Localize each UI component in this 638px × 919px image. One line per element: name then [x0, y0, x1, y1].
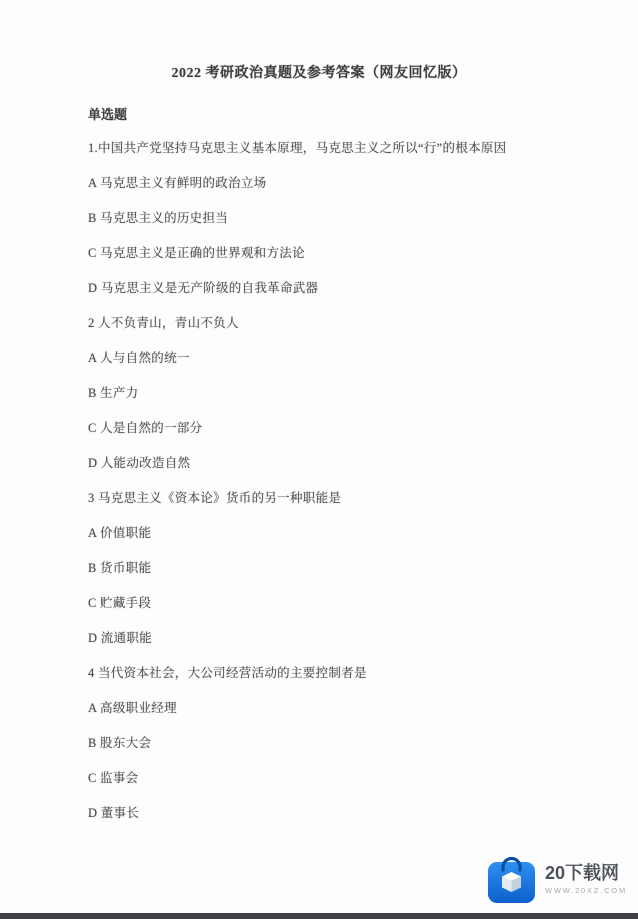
site-watermark: 20下载网 WWW.20XZ.COM — [487, 855, 627, 904]
document-title: 2022 考研政治真题及参考答案（网友回忆版） — [0, 0, 638, 82]
bottom-edge-bar — [0, 913, 638, 919]
option-text: B 股东大会 — [88, 724, 638, 759]
option-text: A 高级职业经理 — [88, 689, 638, 724]
question-text: 1.中国共产党坚持马克思主义基本原理，马克思主义之所以“行”的根本原因 — [88, 129, 638, 164]
option-text: A 马克思主义有鲜明的政治立场 — [88, 164, 638, 199]
question-list: 1.中国共产党坚持马克思主义基本原理，马克思主义之所以“行”的根本原因A 马克思… — [88, 129, 638, 829]
option-text: C 马克思主义是正确的世界观和方法论 — [88, 234, 638, 269]
question-text: 3 马克思主义《资本论》货币的另一种职能是 — [88, 479, 638, 514]
option-text: D 董事长 — [88, 794, 638, 829]
option-text: C 贮藏手段 — [88, 584, 638, 619]
option-text: D 马克思主义是无产阶级的自我革命武器 — [88, 269, 638, 304]
option-text: C 人是自然的一部分 — [88, 409, 638, 444]
option-text: B 货币职能 — [88, 549, 638, 584]
question-text: 2 人不负青山，青山不负人 — [88, 304, 638, 339]
watermark-site-url: WWW.20XZ.COM — [545, 886, 627, 895]
option-text: B 生产力 — [88, 374, 638, 409]
option-text: D 流通职能 — [88, 619, 638, 654]
download-box-icon — [487, 855, 536, 904]
option-text: A 价值职能 — [88, 514, 638, 549]
option-text: C 监事会 — [88, 759, 638, 794]
watermark-text: 20下载网 WWW.20XZ.COM — [545, 864, 627, 895]
option-text: B 马克思主义的历史担当 — [88, 199, 638, 234]
document-page: 2022 考研政治真题及参考答案（网友回忆版） 单选题 1.中国共产党坚持马克思… — [0, 0, 638, 919]
question-text: 4 当代资本社会，大公司经营活动的主要控制者是 — [88, 654, 638, 689]
option-text: A 人与自然的统一 — [88, 339, 638, 374]
option-text: D 人能动改造自然 — [88, 444, 638, 479]
watermark-site-name: 20下载网 — [545, 864, 627, 883]
section-heading: 单选题 — [88, 104, 638, 123]
